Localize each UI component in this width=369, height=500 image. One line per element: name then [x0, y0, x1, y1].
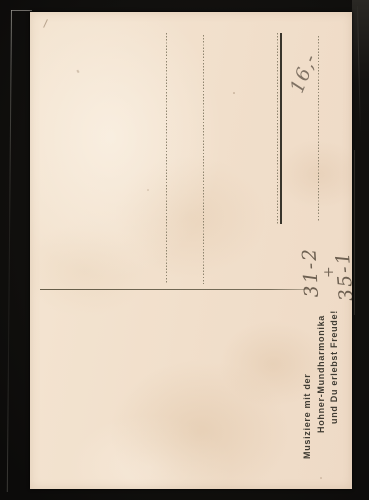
card-edge-highlight-right — [354, 150, 355, 315]
slogan-line-1: Musiziere mit der — [301, 374, 314, 459]
address-dotted-line-3 — [277, 33, 278, 224]
slogan-line-3: und Du erlebst Freude! — [328, 310, 341, 424]
price-pencil-annotation: 16,- — [286, 50, 322, 96]
paper-fleck — [233, 92, 235, 94]
paper-fleck — [147, 189, 149, 191]
scan-edge-highlight-left — [7, 10, 13, 492]
lot-pencil-annotation-left: 31-2 — [298, 246, 323, 298]
address-dotted-line-1 — [166, 33, 167, 284]
lot-pencil-annotation-right: 35-1 — [332, 250, 352, 302]
paper-fleck — [320, 477, 322, 479]
slogan-line-2: Hohner-Mundharmonika — [315, 315, 328, 433]
scan-edge-highlight-top — [11, 10, 32, 11]
address-solid-line — [280, 33, 282, 224]
scan-shadow-patch — [352, 0, 369, 150]
message-address-divider — [40, 289, 310, 290]
paper-fleck — [76, 70, 79, 73]
scanned-postcard-view: Musiziere mit der Hohner-Mundharmonika u… — [0, 0, 369, 500]
postcard: Musiziere mit der Hohner-Mundharmonika u… — [30, 12, 352, 489]
address-dotted-line-2 — [203, 35, 204, 284]
paper-scratch — [43, 19, 48, 28]
